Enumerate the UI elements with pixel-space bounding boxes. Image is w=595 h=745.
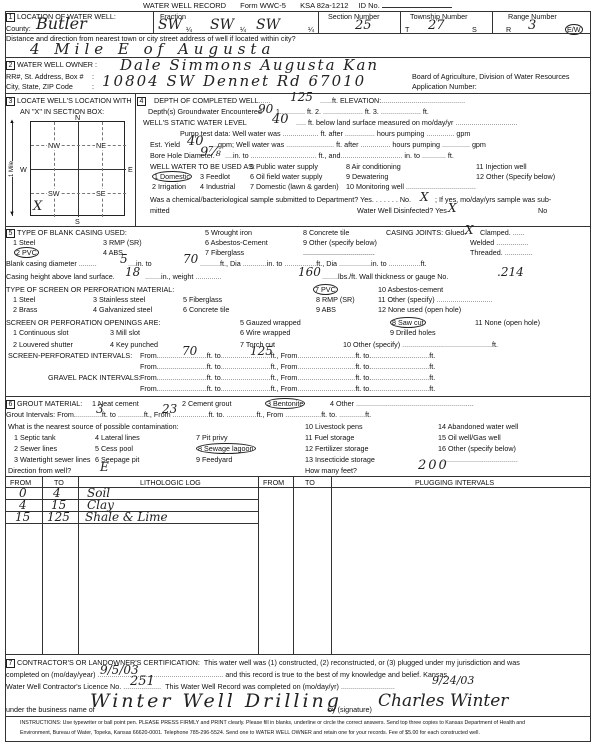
use-domestic[interactable]: 1 Domestic: [152, 172, 192, 181]
range-number[interactable]: 3: [528, 18, 536, 33]
county-value[interactable]: Butler: [36, 14, 87, 33]
constructed-option[interactable]: (1) constructed, (2) reconstructed, or (…: [268, 658, 520, 667]
township-number[interactable]: 27: [428, 18, 445, 33]
record-date[interactable]: 9/24/03: [432, 674, 474, 687]
disinfected-label: Water Well Disinfected? Yes: [357, 206, 447, 215]
header: WATER WELL RECORD Form WWC-5 KSA 82a-121…: [143, 1, 452, 10]
opening-saw-cut[interactable]: 8 Saw cut: [390, 318, 426, 327]
casing-weight-value[interactable]: 160: [298, 265, 321, 279]
section-grid[interactable]: NW NE SW SE X: [30, 121, 125, 216]
arrow-up-icon: ▲: [9, 119, 15, 125]
id-field[interactable]: [382, 7, 452, 8]
gravel-intervals-label: GRAVEL PACK INTERVALS:: [48, 373, 141, 382]
direction-value[interactable]: E: [100, 460, 109, 474]
glued-mark[interactable]: X: [465, 223, 474, 237]
id-label: ID No.: [359, 1, 380, 10]
section5-label: 5TYPE OF BLANK CASING USED:: [6, 228, 127, 238]
static-level-label: WELL'S STATIC WATER LEVEL: [143, 118, 247, 127]
header-lithologic-log: LITHOLOGIC LOG: [140, 478, 201, 487]
signature[interactable]: Charles Winter: [378, 691, 508, 711]
casing-height-label: Casing height above land surface.: [6, 272, 115, 281]
instructions-line-2: Environment, Bureau of Water, Topeka, Ka…: [20, 730, 480, 736]
gauge-value[interactable]: .214: [497, 265, 524, 279]
fraction-1[interactable]: SW: [158, 17, 182, 33]
owner-address[interactable]: 10804 SW Dennet Rd 67010: [102, 72, 366, 90]
feet-label: How many feet?: [305, 466, 357, 475]
section2-label: 2WATER WELL OWNER :: [6, 60, 97, 70]
form-number: Form WWC-5: [240, 1, 286, 10]
depth-value[interactable]: 125: [290, 90, 313, 104]
fraction-3[interactable]: SW: [256, 17, 280, 33]
grout-from-value[interactable]: 3: [96, 402, 104, 416]
casing-joints-label: CASING JOINTS: Glued.: [386, 228, 466, 237]
instructions-line-1: INSTRUCTIONS: Use typewriter or ball poi…: [20, 720, 525, 726]
casing-diameter-value[interactable]: 5: [120, 252, 128, 266]
casing-diameter-label: Blank casing diameter: [6, 259, 77, 268]
sample-no-mark[interactable]: X: [420, 190, 429, 204]
form-title: WATER WELL RECORD: [143, 1, 226, 10]
screen-intervals-label: SCREEN-PERFORATED INTERVALS:: [8, 351, 132, 360]
header-plug-from: FROM: [263, 478, 284, 487]
arrow-down-icon: ▼: [9, 211, 15, 217]
application-number-label: Application Number:: [412, 82, 477, 91]
board-label: Board of Agriculture, Division of Water …: [412, 72, 570, 81]
direction-label: Direction from well?: [8, 466, 71, 475]
section7-label: 7CONTRACTOR'S OR LANDOWNER'S CERTIFICATI…: [6, 658, 520, 668]
screen-material-label: TYPE OF SCREEN OR PERFORATION MATERIAL:: [6, 285, 174, 294]
static-level-value[interactable]: 40: [272, 112, 289, 127]
contam-sewage-lagoon[interactable]: 8 Sewage lagoon: [196, 444, 256, 453]
casing-pvc[interactable]: 2 PVC: [14, 248, 39, 257]
yield-label: Est. Yield: [150, 140, 180, 149]
sample-question: Was a chemical/bacteriological sample su…: [150, 195, 411, 204]
license-number[interactable]: 251: [130, 674, 155, 689]
casing-depth-value[interactable]: 70: [183, 252, 198, 266]
grout-intervals-label: Grout Intervals: From.: [6, 410, 76, 419]
grout-to-value[interactable]: 23: [162, 402, 177, 416]
groundwater-label: Depth(s) Groundwater Encountered: [148, 107, 262, 116]
section4-label: 4DEPTH OF COMPLETED WELL......: [137, 96, 271, 106]
screen-pvc[interactable]: 7 PVC: [313, 285, 338, 294]
fraction-2[interactable]: SW: [210, 17, 234, 33]
feet-value[interactable]: 200: [418, 458, 449, 473]
business-name[interactable]: Winter Well Drilling: [90, 690, 342, 712]
casing-height-value[interactable]: 18: [125, 265, 140, 279]
mile-label: 1 Mile: [9, 161, 15, 177]
use-label: WELL WATER TO BE USED AS:: [150, 162, 255, 171]
address-label: RR#, St. Address, Box #: [6, 72, 84, 81]
section3-label: 3LOCATE WELL'S LOCATION WITH: [6, 96, 132, 106]
ksa-reference: KSA 82a-1212: [300, 1, 348, 10]
well-location-mark: X: [33, 199, 42, 214]
screen-to-value[interactable]: 125: [250, 344, 273, 358]
screen-from-value[interactable]: 70: [182, 344, 197, 358]
section6-label: 6GROUT MATERIAL:: [6, 399, 82, 409]
groundwater-1[interactable]: 90: [258, 102, 273, 116]
completed-label: completed on (mo/day/year): [6, 670, 96, 679]
bore-hole-value[interactable]: 9⅞: [200, 145, 221, 160]
business-label: under the business name of: [6, 705, 95, 714]
grout-bentonite[interactable]: 3 Bentonite: [265, 399, 305, 408]
contamination-label: What is the nearest source of possible c…: [8, 422, 179, 431]
signature-label: by (signature): [328, 705, 372, 714]
header-plugging-intervals: PLUGGING INTERVALS: [415, 478, 494, 487]
city-label: City, State, ZIP Code: [6, 82, 73, 91]
county-label: County:: [6, 24, 31, 33]
form-border-bottom: [5, 741, 591, 742]
section-number[interactable]: 25: [355, 18, 372, 33]
disinfected-yes-mark[interactable]: X: [448, 201, 457, 215]
log-table: FROM TO LITHOLOGIC LOG FROM TO PLUGGING …: [5, 476, 591, 654]
header-plug-to: TO: [305, 478, 315, 487]
openings-label: SCREEN OR PERFORATION OPENINGS ARE:: [6, 318, 160, 327]
